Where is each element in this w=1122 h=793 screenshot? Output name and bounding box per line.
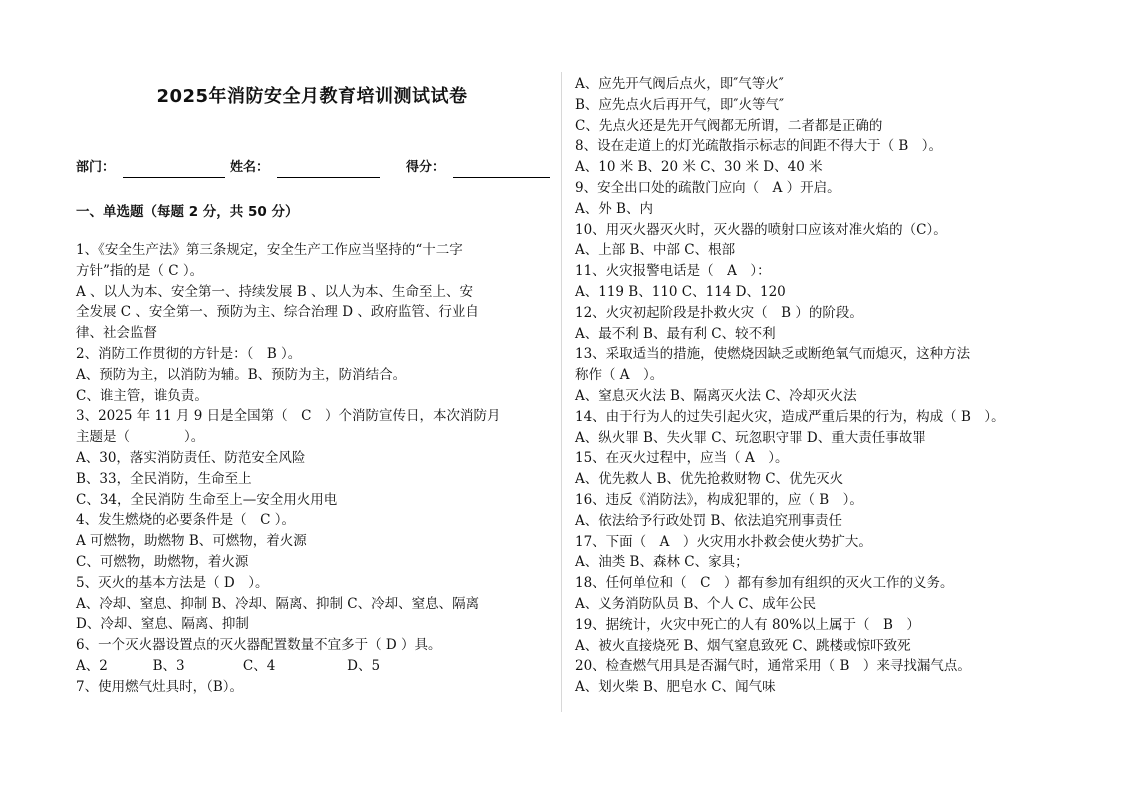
question-line: 1、《安全生产法》第三条规定，安全生产工作应当坚持的“十二字 <box>76 240 552 261</box>
option-line: A、上部 B、中部 C、根部 <box>575 240 1075 261</box>
option-line: C、谁主管，谁负责。 <box>76 386 552 407</box>
option-line: A、2 B、3 C、4 D、5 <box>76 656 552 677</box>
option-line: A、冷却、窒息、抑制 B、冷却、隔离、抑制 C、冷却、窒息、隔离 <box>76 594 552 615</box>
option-line: A、油类 B、森林 C、家具； <box>575 552 1075 573</box>
question-line: 4、发生燃烧的必要条件是（ C ）。 <box>76 510 552 531</box>
option-line: A、30，落实消防责任、防范安全风险 <box>76 448 552 469</box>
department-label: 部门： <box>76 158 115 178</box>
option-line: 全发展 C 、安全第一、预防为主、综合治理 D 、政府监管、行业自 <box>76 302 552 323</box>
option-line: A 、以人为本、安全第一、持续发展 B 、以人为本、生命至上、安 <box>76 282 552 303</box>
option-line: A、最不利 B、最有利 C、较不利 <box>575 324 1075 345</box>
score-field: 得分： <box>406 158 550 178</box>
left-column-questions: 1、《安全生产法》第三条规定，安全生产工作应当坚持的“十二字 方针”指的是（ C… <box>76 240 552 698</box>
question-line: 16、违反《消防法》，构成犯罪的，应（ B ）。 <box>575 490 1075 511</box>
question-line: 2、消防工作贯彻的方针是：（ B ）。 <box>76 344 552 365</box>
option-line: A、划火柴 B、肥皂水 C、闻气味 <box>575 677 1075 698</box>
option-line: A、外 B、内 <box>575 199 1075 220</box>
student-info-row: 部门： 姓名： 得分： <box>76 158 548 180</box>
name-blank[interactable] <box>277 159 380 178</box>
score-label: 得分： <box>406 158 445 178</box>
question-line: 12、火灾初起阶段是扑救火灾（ B ）的阶段。 <box>575 303 1075 324</box>
option-line: C、可燃物，助燃物，着火源 <box>76 552 552 573</box>
department-blank[interactable] <box>123 159 225 178</box>
question-line: 主题是（ ）。 <box>76 427 552 448</box>
option-line: C、先点火还是先开气阀都无所谓，二者都是正确的 <box>575 116 1075 137</box>
option-line: 律、社会监督 <box>76 323 552 344</box>
score-blank[interactable] <box>453 159 550 178</box>
question-line: 17、下面（ A ）火灾用水扑救会使火势扩大。 <box>575 532 1075 553</box>
option-line: D、冷却、窒息、隔离、抑制 <box>76 614 552 635</box>
section-heading-single-choice: 一、单选题（每题 2 分，共 50 分） <box>76 200 298 220</box>
question-line: 5、灭火的基本方法是（ D ）。 <box>76 573 552 594</box>
question-line: 13、采取适当的措施，使燃烧因缺乏或断绝氧气而熄灭，这种方法 <box>575 344 1075 365</box>
question-line: 15、在灭火过程中，应当（ A ）。 <box>575 448 1075 469</box>
exam-page: 2025年消防安全月教育培训测试试卷 部门： 姓名： 得分： 一、单选题（每题 … <box>0 0 1122 793</box>
question-line: 称作（ A ）。 <box>575 365 1075 386</box>
question-line: 9、安全出口处的疏散门应向（ A ）开启。 <box>575 178 1075 199</box>
option-line: B、33，全民消防，生命至上 <box>76 469 552 490</box>
option-line: C、34，全民消防 生命至上—安全用火用电 <box>76 490 552 511</box>
option-line: A、窒息灭火法 B、隔离灭火法 C、冷却灭火法 <box>575 386 1075 407</box>
option-line: A、义务消防队员 B、个人 C、成年公民 <box>575 594 1075 615</box>
name-field: 姓名： <box>230 158 380 178</box>
question-line: 8、设在走道上的灯光疏散指示标志的间距不得大于（ B ）。 <box>575 136 1075 157</box>
question-line: 10、用灭火器灭火时，灭火器的喷射口应该对准火焰的（C）。 <box>575 220 1075 241</box>
option-line: A、预防为主，以消防为辅。B、预防为主，防消结合。 <box>76 365 552 386</box>
question-line: 20、检查燃气用具是否漏气时，通常采用（ B ）来寻找漏气点。 <box>575 656 1075 677</box>
option-line: A、119 B、110 C、114 D、120 <box>575 282 1075 303</box>
option-line: A 可燃物，助燃物 B、可燃物，着火源 <box>76 531 552 552</box>
exam-title: 2025年消防安全月教育培训测试试卷 <box>76 82 548 108</box>
question-line: 方针”指的是（ C ）。 <box>76 261 552 282</box>
option-line: B、应先点火后再开气，即″火等气″ <box>575 95 1075 116</box>
question-line: 18、任何单位和（ C ）都有参加有组织的灭火工作的义务。 <box>575 573 1075 594</box>
option-line: A、纵火罪 B、失火罪 C、玩忽职守罪 D、重大责任事故罪 <box>575 428 1075 449</box>
question-line: 11、火灾报警电话是（ A ）： <box>575 261 1075 282</box>
option-line: A、应先开气阀后点火，即″气等火″ <box>575 74 1075 95</box>
question-line: 14、由于行为人的过失引起火灾，造成严重后果的行为，构成（ B ）。 <box>575 407 1075 428</box>
column-divider <box>561 72 562 712</box>
question-line: 6、一个灭火器设置点的灭火器配置数量不宜多于（ D ）具。 <box>76 635 552 656</box>
department-field: 部门： <box>76 158 225 178</box>
name-label: 姓名： <box>230 158 269 178</box>
option-line: A、依法给予行政处罚 B、依法追究刑事责任 <box>575 511 1075 532</box>
right-column-questions: A、应先开气阀后点火，即″气等火″ B、应先点火后再开气，即″火等气″ C、先点… <box>575 74 1075 698</box>
option-line: A、10 米 B、20 米 C、30 米 D、40 米 <box>575 157 1075 178</box>
option-line: A、被火直接烧死 B、烟气窒息致死 C、跳楼或惊吓致死 <box>575 636 1075 657</box>
question-line: 7、使用燃气灶具时，（B）。 <box>76 677 552 698</box>
option-line: A、优先救人 B、优先抢救财物 C、优先灭火 <box>575 469 1075 490</box>
question-line: 3、2025 年 11 月 9 日是全国第（ C ）个消防宣传日，本次消防月 <box>76 406 552 427</box>
question-line: 19、据统计，火灾中死亡的人有 80%以上属于（ B ） <box>575 615 1075 636</box>
